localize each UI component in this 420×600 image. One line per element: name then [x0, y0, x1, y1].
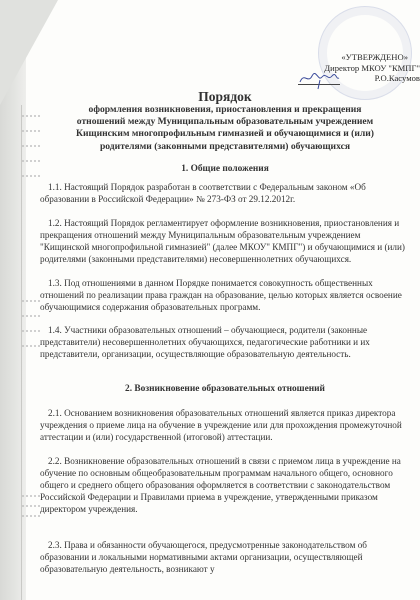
- paragraph: 1.1. Настоящий Порядок разработан в соот…: [40, 182, 405, 206]
- paragraph: 2.1. Основанием возникновения образовате…: [40, 408, 405, 444]
- approval-signature-line: Р.О.Касумов: [290, 73, 420, 84]
- subtitle-line: родителями (законными представителями) о…: [40, 141, 410, 153]
- paragraph: 1.4. Участники образовательных отношений…: [40, 325, 405, 361]
- document-title: Порядок: [40, 89, 410, 105]
- approval-signer-name: Р.О.Касумов: [375, 73, 420, 83]
- paragraph: 1.3. Под отношениями в данном Порядке по…: [40, 278, 405, 314]
- document-subtitle: оформления возникновения, приостановлени…: [40, 104, 410, 153]
- subtitle-line: отношений между Муниципальным образовате…: [40, 116, 410, 128]
- signature-icon: [298, 70, 340, 85]
- paragraph: 2.3. Права и обязанности обучающегося, п…: [40, 540, 410, 576]
- section-heading: 1. Общие положения: [40, 164, 410, 174]
- approval-heading: «УТВЕРЖДЕНО»: [290, 52, 420, 63]
- subtitle-line: Кищинским многопрофильным гимназией и об…: [40, 128, 410, 140]
- paragraph: 2.2. Возникновение образовательных отнош…: [40, 456, 405, 516]
- section-heading: 2. Возникновение образовательных отношен…: [40, 384, 410, 394]
- document-page: «УТВЕРЖДЕНО» Директор МКОУ "КМПГ" Р.О.Ка…: [0, 0, 420, 600]
- approval-block: «УТВЕРЖДЕНО» Директор МКОУ "КМПГ" Р.О.Ка…: [290, 52, 420, 84]
- subtitle-line: оформления возникновения, приостановлени…: [40, 104, 410, 116]
- paragraph: 1.2. Настоящий Порядок регламентирует оф…: [40, 218, 405, 266]
